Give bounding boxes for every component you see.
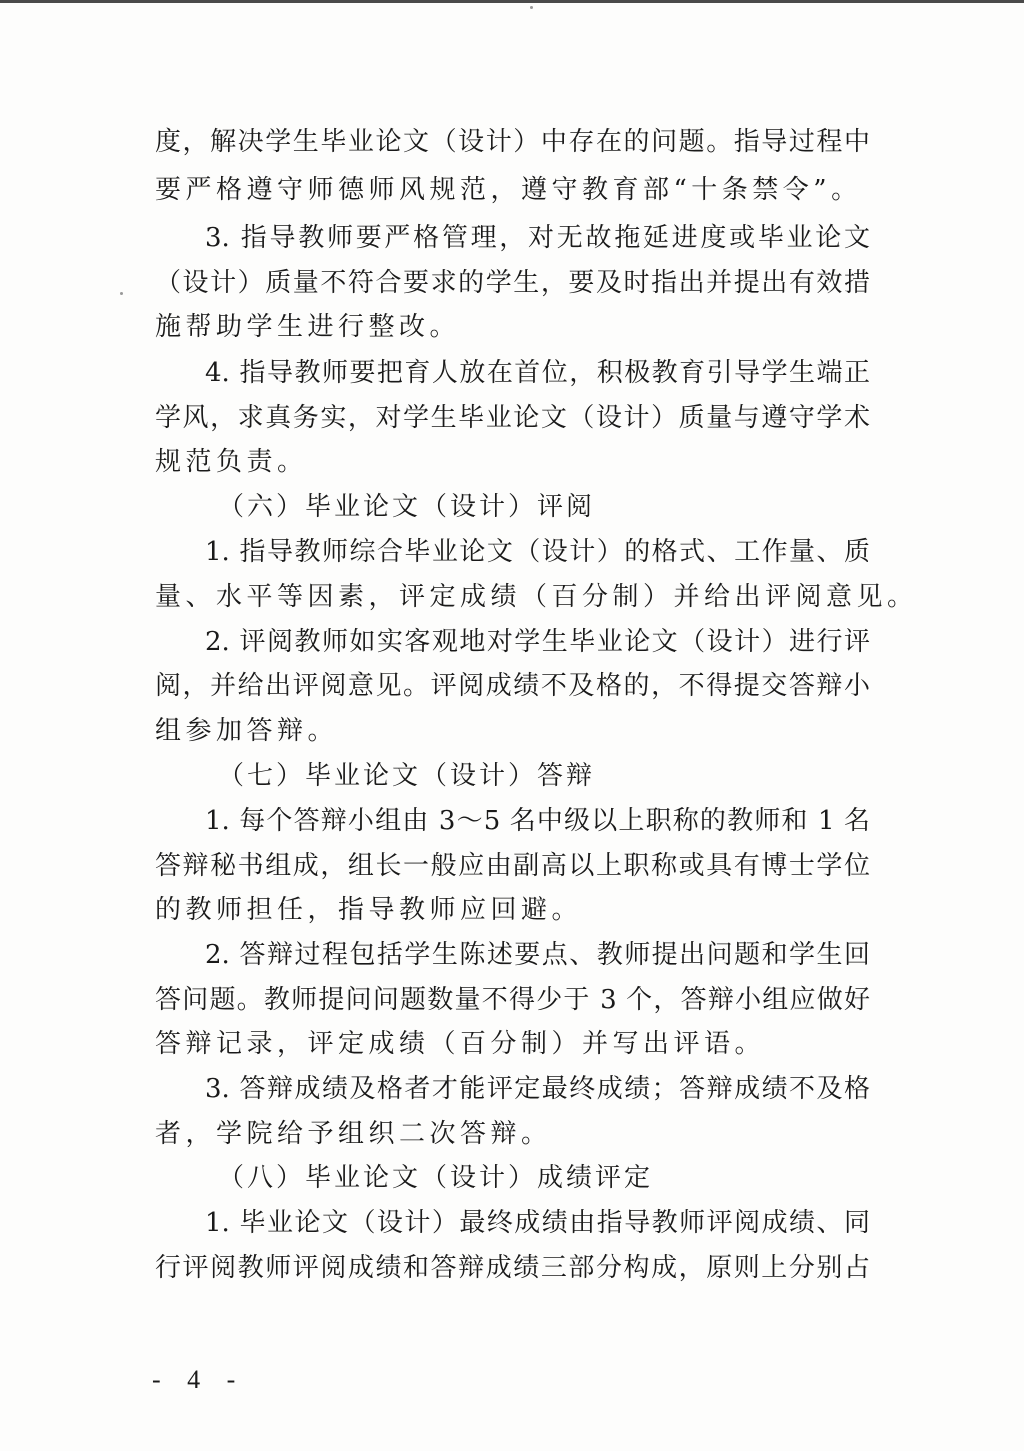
document-page: 度，解决学生毕业论文（设计）中存在的问题。指导过程中 要严格遵守师德师风规范，遵… [0,0,1024,1451]
section-heading-review: （六）毕业论文（设计）评阅 [218,487,933,527]
paragraph-start-line: 1. 指导教师综合毕业论文（设计）的格式、工作量、质 [205,532,870,572]
text-line: 答辩秘书组成，组长一般应由副高以上职称或具有博士学位 [155,846,870,886]
paragraph-start-line: 3. 指导教师要严格管理，对无故拖延进度或毕业论文 [205,218,870,258]
text-line: 学风，求真务实，对学生毕业论文（设计）质量与遵守学术 [155,398,870,438]
text-line: 度，解决学生毕业论文（设计）中存在的问题。指导过程中 [155,122,870,162]
paragraph-start-line: 4. 指导教师要把育人放在首位，积极教育引导学生端正 [205,353,870,393]
section-heading-defense: （七）毕业论文（设计）答辩 [218,756,933,796]
text-line: 组参加答辩。 [155,711,870,751]
section-heading-grading: （八）毕业论文（设计）成绩评定 [218,1158,933,1198]
text-line: 的教师担任，指导教师应回避。 [155,890,870,930]
paragraph-start-line: 2. 评阅教师如实客观地对学生毕业论文（设计）进行评 [205,622,870,662]
paragraph-start-line: 1. 毕业论文（设计）最终成绩由指导教师评阅成绩、同 [205,1203,870,1243]
paragraph-start-line: 1. 每个答辩小组由 3～5 名中级以上职称的教师和 1 名 [205,801,870,841]
text-line: 答辩记录，评定成绩（百分制）并写出评语。 [155,1024,870,1064]
text-line: 答问题。教师提问问题数量不得少于 3 个，答辩小组应做好 [155,980,870,1020]
text-line: 要严格遵守师德师风规范，遵守教育部“十条禁令”。 [155,170,870,210]
scan-speck [530,6,533,9]
text-line: 阅，并给出评阅意见。评阅成绩不及格的，不得提交答辩小 [155,666,870,706]
paragraph-start-line: 2. 答辩过程包括学生陈述要点、教师提出问题和学生回 [205,935,870,975]
scan-speck [120,292,123,295]
text-line: 规范负责。 [155,442,870,482]
text-line: 施帮助学生进行整改。 [155,307,870,347]
text-line: 量、水平等因素，评定成绩（百分制）并给出评阅意见。 [155,577,870,617]
page-number: - 4 - [152,1365,245,1395]
text-line: 行评阅教师评阅成绩和答辩成绩三部分构成，原则上分别占 [155,1248,870,1288]
paragraph-start-line: 3. 答辩成绩及格者才能评定最终成绩；答辩成绩不及格 [205,1069,870,1109]
text-line: （设计）质量不符合要求的学生，要及时指出并提出有效措 [155,263,870,303]
text-line: 者，学院给予组织二次答辩。 [155,1114,870,1154]
